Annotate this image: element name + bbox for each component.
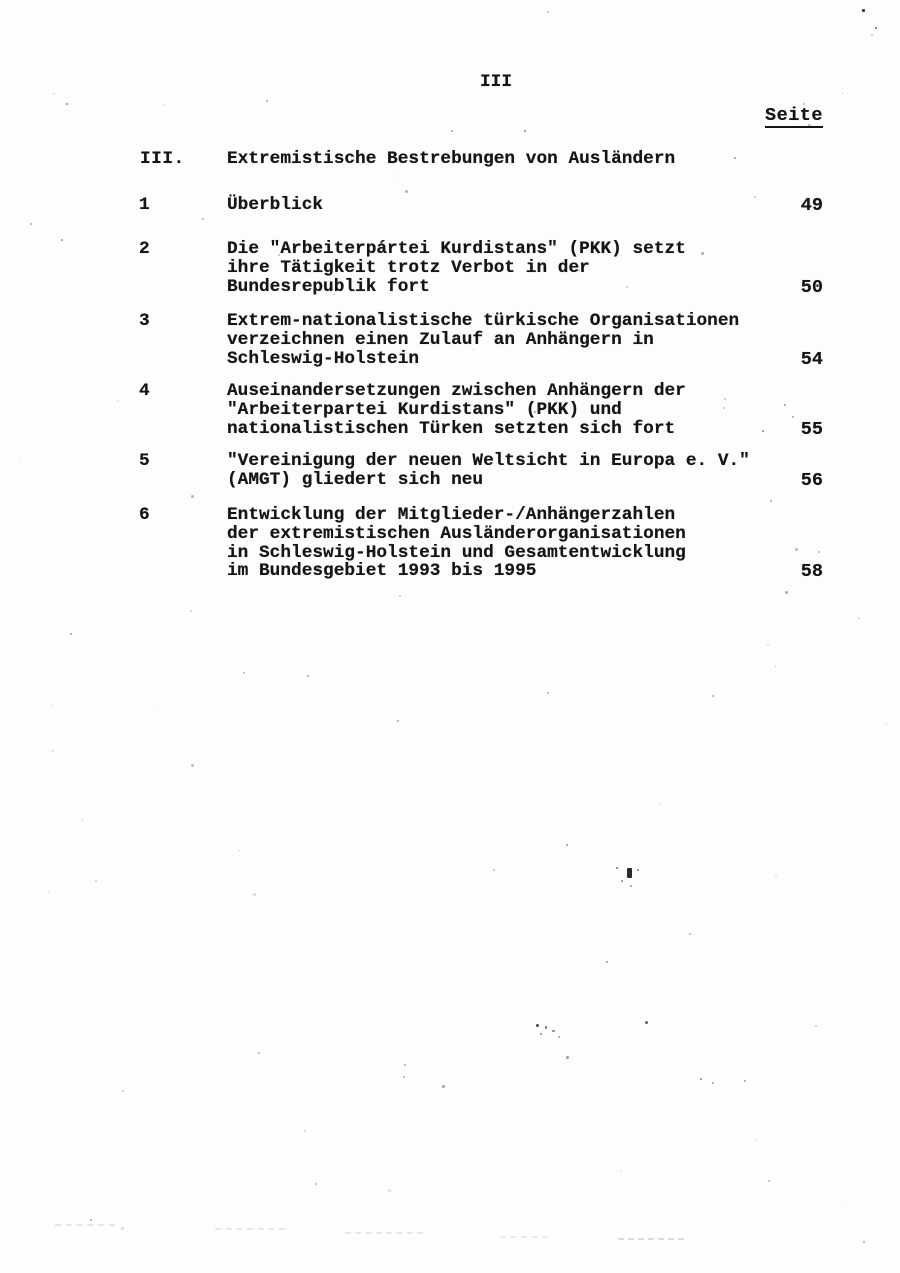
noise-speck xyxy=(266,100,268,102)
toc-item-title: Überblick xyxy=(227,196,323,215)
scan-mark xyxy=(552,1030,555,1032)
toc-item-line: im Bundesgebiet 1993 bis 1995 xyxy=(227,562,686,581)
noise-speck xyxy=(547,692,549,694)
noise-speck xyxy=(388,1189,391,1192)
page-corner-label: III xyxy=(480,73,512,92)
scan-mark xyxy=(700,1078,702,1080)
noise-speck xyxy=(82,819,83,820)
toc-item-line: Bundesrepublik fort xyxy=(227,278,686,297)
scan-mark xyxy=(558,1036,560,1038)
toc-item-line: "Arbeiterpartei Kurdistans" (PKK) und xyxy=(227,401,686,420)
noise-speck xyxy=(190,610,192,612)
noise-speck xyxy=(243,672,245,674)
noise-speck xyxy=(756,1139,757,1140)
scan-mark xyxy=(66,103,68,105)
noise-speck xyxy=(659,803,660,804)
noise-speck xyxy=(863,1241,865,1243)
noise-speck xyxy=(53,93,55,95)
noise-speck xyxy=(70,633,72,635)
scan-mark xyxy=(621,880,623,882)
noise-speck xyxy=(250,428,252,430)
scan-mark xyxy=(862,9,865,12)
noise-speck xyxy=(808,124,811,127)
toc-item-title: Die "Arbeiterpártei Kurdistans" (PKK) se… xyxy=(227,240,686,296)
noise-speck xyxy=(122,1090,124,1092)
section-number: III. xyxy=(140,150,185,169)
noise-speck xyxy=(775,666,776,667)
noise-speck xyxy=(191,495,194,498)
noise-speck xyxy=(315,1183,317,1185)
noise-speck xyxy=(701,252,704,255)
scan-mark xyxy=(712,1082,714,1084)
noise-speck xyxy=(248,181,249,182)
noise-speck xyxy=(121,1227,124,1230)
toc-item-line: "Vereinigung der neuen Weltsicht in Euro… xyxy=(227,452,750,471)
scan-mark xyxy=(744,1080,746,1082)
noise-speck xyxy=(51,749,54,752)
noise-speck xyxy=(304,1130,306,1132)
toc-item-number: 1 xyxy=(139,196,150,215)
scanned-toc-page: III Seite III. Extremistische Bestrebung… xyxy=(0,0,900,1273)
toc-item-page-number: 56 xyxy=(801,472,823,491)
noise-speck xyxy=(117,400,119,402)
toc-item-title: Auseinandersetzungen zwischen Anhängern … xyxy=(227,382,686,438)
noise-speck xyxy=(300,392,302,394)
toc-item-page-number: 50 xyxy=(801,279,823,298)
noise-speck xyxy=(30,223,32,225)
scan-mark xyxy=(524,130,526,132)
scan-mark xyxy=(637,869,639,871)
scan-mark xyxy=(536,1024,539,1027)
noise-speck xyxy=(566,844,568,846)
noise-speck xyxy=(451,130,453,132)
noise-speck xyxy=(442,1085,445,1088)
noise-speck xyxy=(52,705,53,706)
noise-speck xyxy=(734,157,736,159)
toc-item-title: Extrem-nationalistische türkische Organi… xyxy=(227,312,739,368)
noise-speck xyxy=(871,34,873,36)
noise-speck xyxy=(393,175,395,177)
noise-speck xyxy=(403,1076,405,1078)
noise-speck xyxy=(424,320,427,323)
noise-speck xyxy=(493,869,495,871)
scan-dash-artifact xyxy=(215,1228,285,1230)
noise-speck xyxy=(202,218,204,220)
toc-item-page-number: 49 xyxy=(801,197,823,216)
section-title: Extremistische Bestrebungen von Auslände… xyxy=(227,150,675,169)
scan-mark xyxy=(627,868,632,878)
noise-speck xyxy=(239,850,240,851)
noise-speck xyxy=(606,961,608,963)
toc-item-number: 4 xyxy=(139,382,150,401)
noise-speck xyxy=(767,644,769,646)
noise-speck xyxy=(258,1052,260,1054)
noise-speck xyxy=(20,458,21,459)
noise-speck xyxy=(397,720,399,722)
toc-item-line: nationalistischen Türken setzten sich fo… xyxy=(227,420,686,439)
scan-mark xyxy=(762,430,764,432)
noise-speck xyxy=(157,710,158,711)
noise-speck xyxy=(399,595,401,597)
toc-item-page-number: 58 xyxy=(801,563,823,582)
scan-dash-artifact xyxy=(55,1224,115,1226)
noise-speck xyxy=(48,891,49,892)
toc-item-line: Überblick xyxy=(227,196,323,215)
page-column-header: Seite xyxy=(765,106,823,128)
toc-item-page-number: 54 xyxy=(801,351,823,370)
noise-speck xyxy=(754,196,756,198)
toc-item-number: 5 xyxy=(139,452,150,471)
scan-mark xyxy=(770,500,772,502)
noise-speck xyxy=(90,1219,92,1221)
noise-speck xyxy=(858,617,860,619)
noise-speck xyxy=(404,1064,406,1066)
noise-speck xyxy=(566,1056,569,1059)
noise-speck xyxy=(785,591,788,594)
toc-item-line: Extrem-nationalistische türkische Organi… xyxy=(227,312,739,331)
noise-speck xyxy=(815,1025,817,1027)
noise-speck xyxy=(795,548,798,551)
noise-speck xyxy=(843,1201,844,1202)
noise-speck xyxy=(391,531,393,533)
noise-speck xyxy=(792,416,794,418)
noise-speck xyxy=(547,11,549,13)
noise-speck xyxy=(724,398,726,400)
scan-dash-artifact xyxy=(345,1232,423,1234)
noise-speck xyxy=(842,93,843,94)
toc-item-line: Schleswig-Holstein xyxy=(227,350,739,369)
scan-dash-artifact xyxy=(618,1238,684,1240)
toc-item-line: Die "Arbeiterpártei Kurdistans" (PKK) se… xyxy=(227,240,686,259)
scan-mark xyxy=(616,867,618,869)
scan-mark xyxy=(540,1033,542,1035)
scan-mark xyxy=(875,27,877,29)
toc-item-line: in Schleswig-Holstein und Gesamtentwickl… xyxy=(227,544,686,563)
noise-speck xyxy=(191,764,194,767)
toc-item-line: Entwicklung der Mitglieder-/Anhängerzahl… xyxy=(227,506,686,525)
noise-speck xyxy=(163,104,165,106)
noise-speck xyxy=(712,695,714,697)
toc-item-line: ihre Tätigkeit trotz Verbot in der xyxy=(227,259,686,278)
noise-speck xyxy=(534,411,536,413)
toc-item-number: 2 xyxy=(139,240,150,259)
toc-item-title: "Vereinigung der neuen Weltsicht in Euro… xyxy=(227,452,750,490)
toc-item-title: Entwicklung der Mitglieder-/Anhängerzahl… xyxy=(227,506,686,581)
noise-speck xyxy=(818,551,820,553)
toc-item-line: (AMGT) gliedert sich neu xyxy=(227,471,750,490)
noise-speck xyxy=(307,675,309,677)
toc-item-line: der extremistischen Ausländerorganisatio… xyxy=(227,525,686,544)
scan-mark xyxy=(545,1026,547,1029)
scan-dash-artifact xyxy=(500,1236,548,1238)
toc-item-line: Auseinandersetzungen zwischen Anhängern … xyxy=(227,382,686,401)
toc-item-page-number: 55 xyxy=(801,421,823,440)
noise-speck xyxy=(886,724,887,725)
toc-item-number: 3 xyxy=(139,312,150,331)
toc-item-line: verzeichnen einen Zulauf an Anhängern in xyxy=(227,331,739,350)
noise-speck xyxy=(723,407,725,409)
noise-speck xyxy=(405,190,408,193)
noise-speck xyxy=(689,933,691,935)
noise-speck xyxy=(768,1180,770,1182)
noise-speck xyxy=(784,404,786,406)
scan-mark xyxy=(630,885,632,887)
noise-speck xyxy=(620,1170,622,1172)
noise-speck xyxy=(253,893,256,896)
noise-speck xyxy=(61,239,63,241)
noise-speck xyxy=(775,874,777,876)
scan-mark xyxy=(645,1021,648,1024)
noise-speck xyxy=(95,880,97,882)
noise-speck xyxy=(578,269,580,271)
toc-item-number: 6 xyxy=(139,506,150,525)
